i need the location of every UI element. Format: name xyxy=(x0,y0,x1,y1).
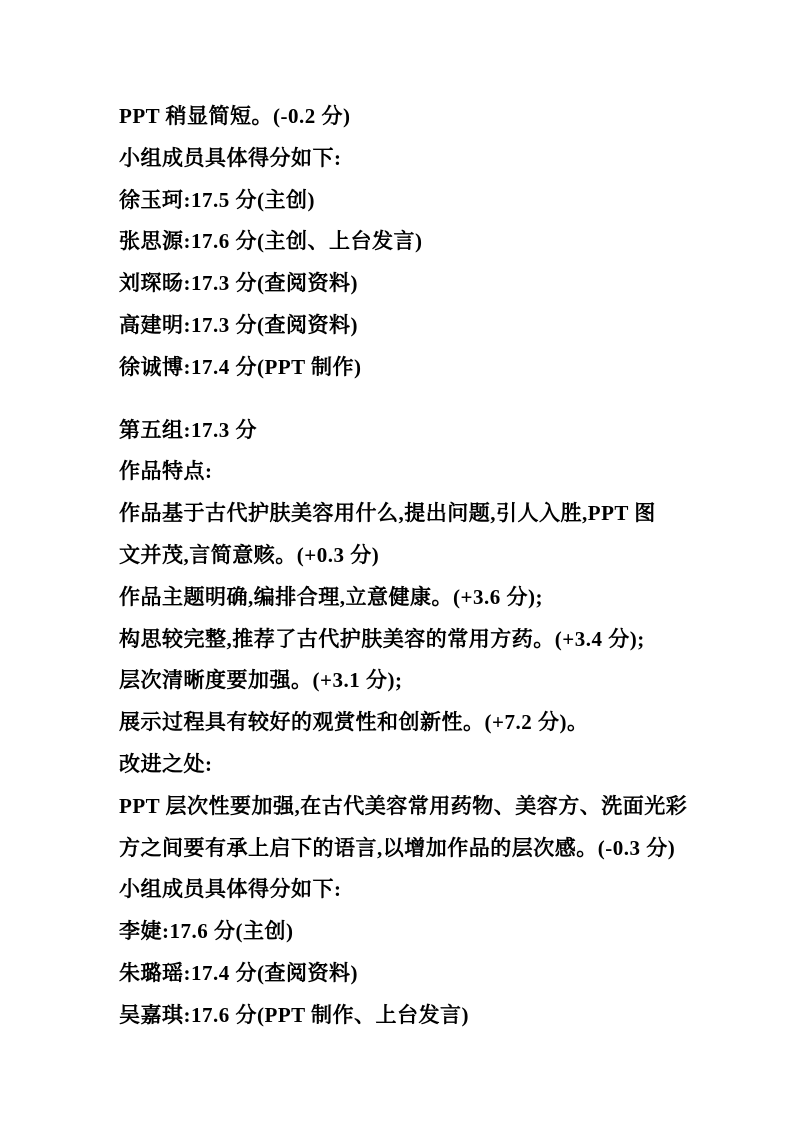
improvement-line-2: 方之间要有承上启下的语言,以增加作品的层次感。(-0.3 分) xyxy=(119,828,706,870)
document-content: PPT 稍显简短。(-0.2 分) 小组成员具体得分如下: 徐玉珂:17.5 分… xyxy=(0,0,794,1037)
member-score-wu-jiaqi: 吴嘉琪:17.6 分(PPT 制作、上台发言) xyxy=(119,995,706,1037)
note-ppt-brief-deduction: PPT 稍显简短。(-0.2 分) xyxy=(119,96,706,138)
group-five-total-score: 第五组:17.3 分 xyxy=(119,410,706,452)
feature-clarity-score: 层次清晰度要加强。(+3.1 分); xyxy=(119,660,706,702)
member-score-liu-chenyang: 刘琛旸:17.3 分(查阅资料) xyxy=(119,263,706,305)
feature-intro-line-2: 文并茂,言简意赅。(+0.3 分) xyxy=(119,535,706,577)
member-score-zhu-luyao: 朱璐瑶:17.4 分(查阅资料) xyxy=(119,953,706,995)
member-score-zhang-siyuan: 张思源:17.6 分(主创、上台发言) xyxy=(119,221,706,263)
document-page: PPT 稍显简短。(-0.2 分) 小组成员具体得分如下: 徐玉珂:17.5 分… xyxy=(0,0,794,1123)
improvements-heading: 改进之处: xyxy=(119,744,706,786)
member-score-xu-chengbo: 徐诚博:17.4 分(PPT 制作) xyxy=(119,347,706,389)
member-scores-heading-1: 小组成员具体得分如下: xyxy=(119,138,706,180)
improvement-line-1: PPT 层次性要加强,在古代美容常用药物、美容方、洗面光彩 xyxy=(119,786,706,828)
member-score-li-jie: 李婕:17.6 分(主创) xyxy=(119,911,706,953)
work-features-heading: 作品特点: xyxy=(119,451,706,493)
feature-presentation-score: 展示过程具有较好的观赏性和创新性。(+7.2 分)。 xyxy=(119,702,706,744)
member-score-xu-yuke: 徐玉珂:17.5 分(主创) xyxy=(119,180,706,222)
member-score-gao-jianming: 高建明:17.3 分(查阅资料) xyxy=(119,305,706,347)
feature-concept-score: 构思较完整,推荐了古代护肤美容的常用方药。(+3.4 分); xyxy=(119,619,706,661)
blank-line xyxy=(119,389,706,410)
feature-intro-line-1: 作品基于古代护肤美容用什么,提出问题,引人入胜,PPT 图 xyxy=(119,493,706,535)
member-scores-heading-2: 小组成员具体得分如下: xyxy=(119,869,706,911)
feature-theme-score: 作品主题明确,编排合理,立意健康。(+3.6 分); xyxy=(119,577,706,619)
